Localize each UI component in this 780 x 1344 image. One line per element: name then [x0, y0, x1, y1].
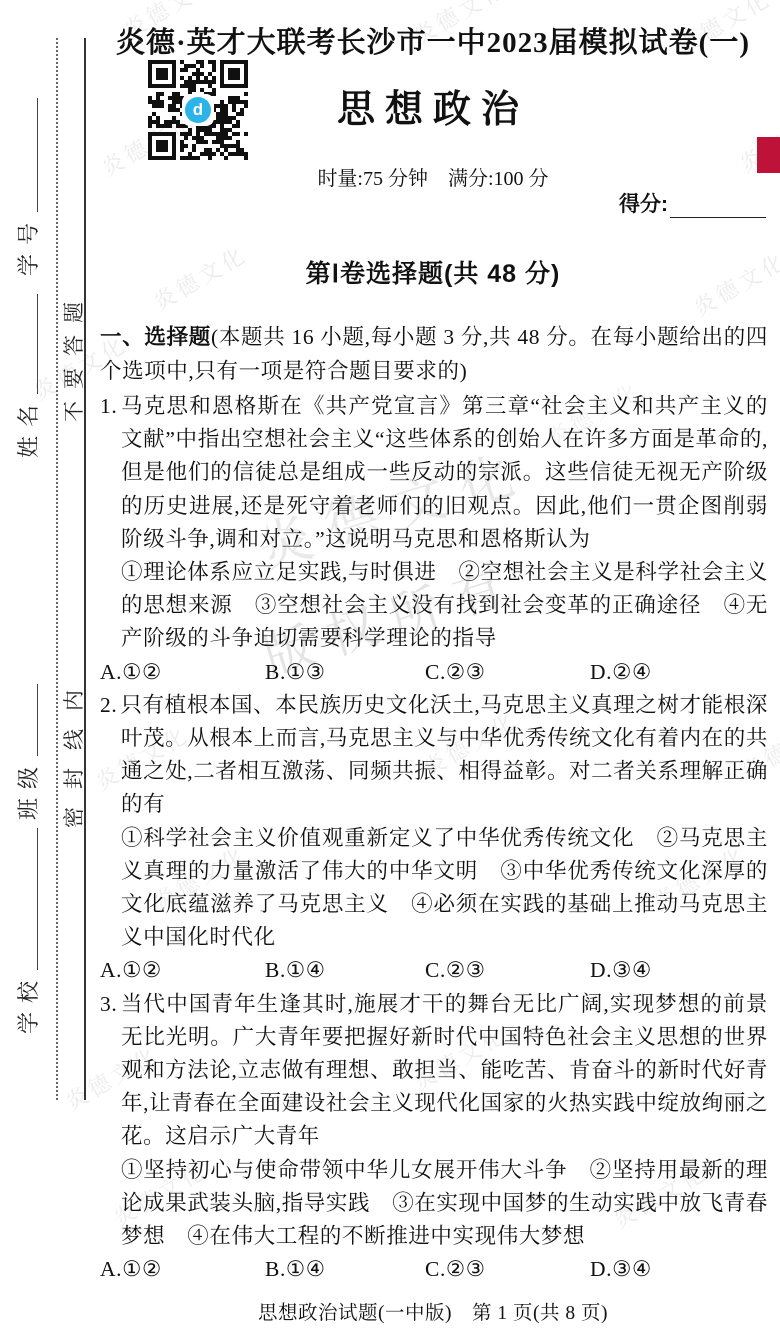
red-corner-marker: [757, 137, 780, 173]
exam-meta: 时量:75 分钟 满分:100 分: [100, 162, 766, 191]
option-c: C.②③: [425, 656, 590, 689]
question-1-number: 1.: [100, 394, 120, 418]
question-1-text: 马克思和恩格斯在《共产党宣言》第三章“社会主义和共产主义的文献”中指出空想社会主…: [120, 394, 768, 551]
option-c: C.②③: [425, 954, 590, 987]
question-2: 2.只有植根本国、本民族历史文化沃土,马克思主义真理之树才能根深叶茂。从根本上而…: [100, 689, 768, 988]
school-label: 学校: [16, 972, 42, 1034]
question-2-stem: 2.只有植根本国、本民族历史文化沃土,马克思主义真理之树才能根深叶茂。从根本上而…: [121, 689, 768, 822]
page-footer: 思想政治试题(一中版) 第 1 页(共 8 页): [100, 1297, 766, 1325]
question-2-number: 2.: [100, 693, 120, 717]
student-id-label: 学号: [16, 214, 42, 276]
exam-title: 炎德·英才大联考长沙市一中2023届模拟试卷(一): [100, 20, 766, 61]
section-intro: 一、选择题(本题共 16 小题,每小题 3 分,共 48 分。在每小题给出的四个…: [100, 320, 768, 388]
intro-lead: 一、选择题: [100, 325, 211, 349]
subject-title: 思想政治: [100, 78, 766, 133]
question-3: 3.当代中国青年生逢其时,施展才干的舞台无比广阔,实现梦想的前景无比光明。广大青…: [100, 988, 768, 1287]
question-3-text: 当代中国青年生逢其时,施展才干的舞台无比广阔,实现梦想的前景无比光明。广大青年要…: [120, 992, 768, 1149]
student-id-blank: [37, 98, 38, 212]
question-3-number: 3.: [100, 992, 120, 1016]
question-2-text: 只有植根本国、本民族历史文化沃土,马克思主义真理之树才能根深叶茂。从根本上而言,…: [120, 693, 768, 817]
school-field: 学校: [16, 824, 42, 1034]
question-1-options: A.①② B.①③ C.②③ D.②④: [100, 656, 768, 689]
option-b: B.①③: [265, 656, 425, 689]
question-list: 1.马克思和恩格斯在《共产党宣言》第三章“社会主义和共产主义的文献”中指出空想社…: [100, 390, 768, 1286]
option-a: A.①②: [100, 1253, 265, 1286]
question-1-stem: 1.马克思和恩格斯在《共产党宣言》第三章“社会主义和共产主义的文献”中指出空想社…: [121, 390, 768, 556]
question-1: 1.马克思和恩格斯在《共产党宣言》第三章“社会主义和共产主义的文献”中指出空想社…: [100, 390, 768, 689]
seal-notice-lower: 密封线内: [58, 672, 84, 828]
student-id-field: 学号: [16, 94, 42, 276]
option-d: D.②④: [590, 656, 652, 689]
option-c: C.②③: [425, 1253, 590, 1286]
section-title: 第Ⅰ卷选择题(共 48 分): [100, 254, 766, 290]
score-blank: [670, 198, 766, 218]
exam-page: 炎德文化 炎德文化 炎德文化 炎德文化 炎德文化 炎德文化 炎德文化 炎德文化 …: [0, 0, 780, 1344]
seal-notice-upper: 不要答题: [58, 290, 84, 422]
question-3-options: A.①② B.①④ C.②③ D.③④: [100, 1253, 768, 1286]
option-d: D.③④: [590, 1253, 652, 1286]
class-blank: [37, 684, 38, 756]
question-1-statements: ①理论体系应立足实践,与时俱进 ②空想社会主义是科学社会主义的思想来源 ③空想社…: [121, 556, 768, 656]
question-3-statements: ①坚持初心与使命带领中华儿女展开伟大斗争 ②坚持用最新的理论成果武装头脑,指导实…: [121, 1154, 768, 1254]
seal-notice: 密封线内 不要答题: [58, 290, 84, 828]
score-field: 得分:: [100, 188, 766, 218]
class-label: 班级: [16, 758, 42, 820]
option-a: A.①②: [100, 954, 265, 987]
score-label: 得分:: [619, 193, 668, 216]
class-field: 班级: [16, 680, 42, 820]
option-d: D.③④: [590, 954, 652, 987]
question-3-stem: 3.当代中国青年生逢其时,施展才干的舞台无比广阔,实现梦想的前景无比光明。广大青…: [121, 988, 768, 1154]
option-a: A.①②: [100, 656, 265, 689]
option-b: B.①④: [265, 1253, 425, 1286]
question-2-statements: ①科学社会主义价值观重新定义了中华优秀传统文化 ②马克思主义真理的力量激活了伟大…: [121, 822, 768, 955]
school-blank: [37, 828, 38, 970]
option-b: B.①④: [265, 954, 425, 987]
name-blank: [37, 294, 38, 394]
name-label: 姓名: [16, 396, 42, 458]
name-field: 姓名: [16, 290, 42, 458]
seal-line-solid: [84, 38, 86, 1100]
question-2-options: A.①② B.①④ C.②③ D.③④: [100, 954, 768, 987]
